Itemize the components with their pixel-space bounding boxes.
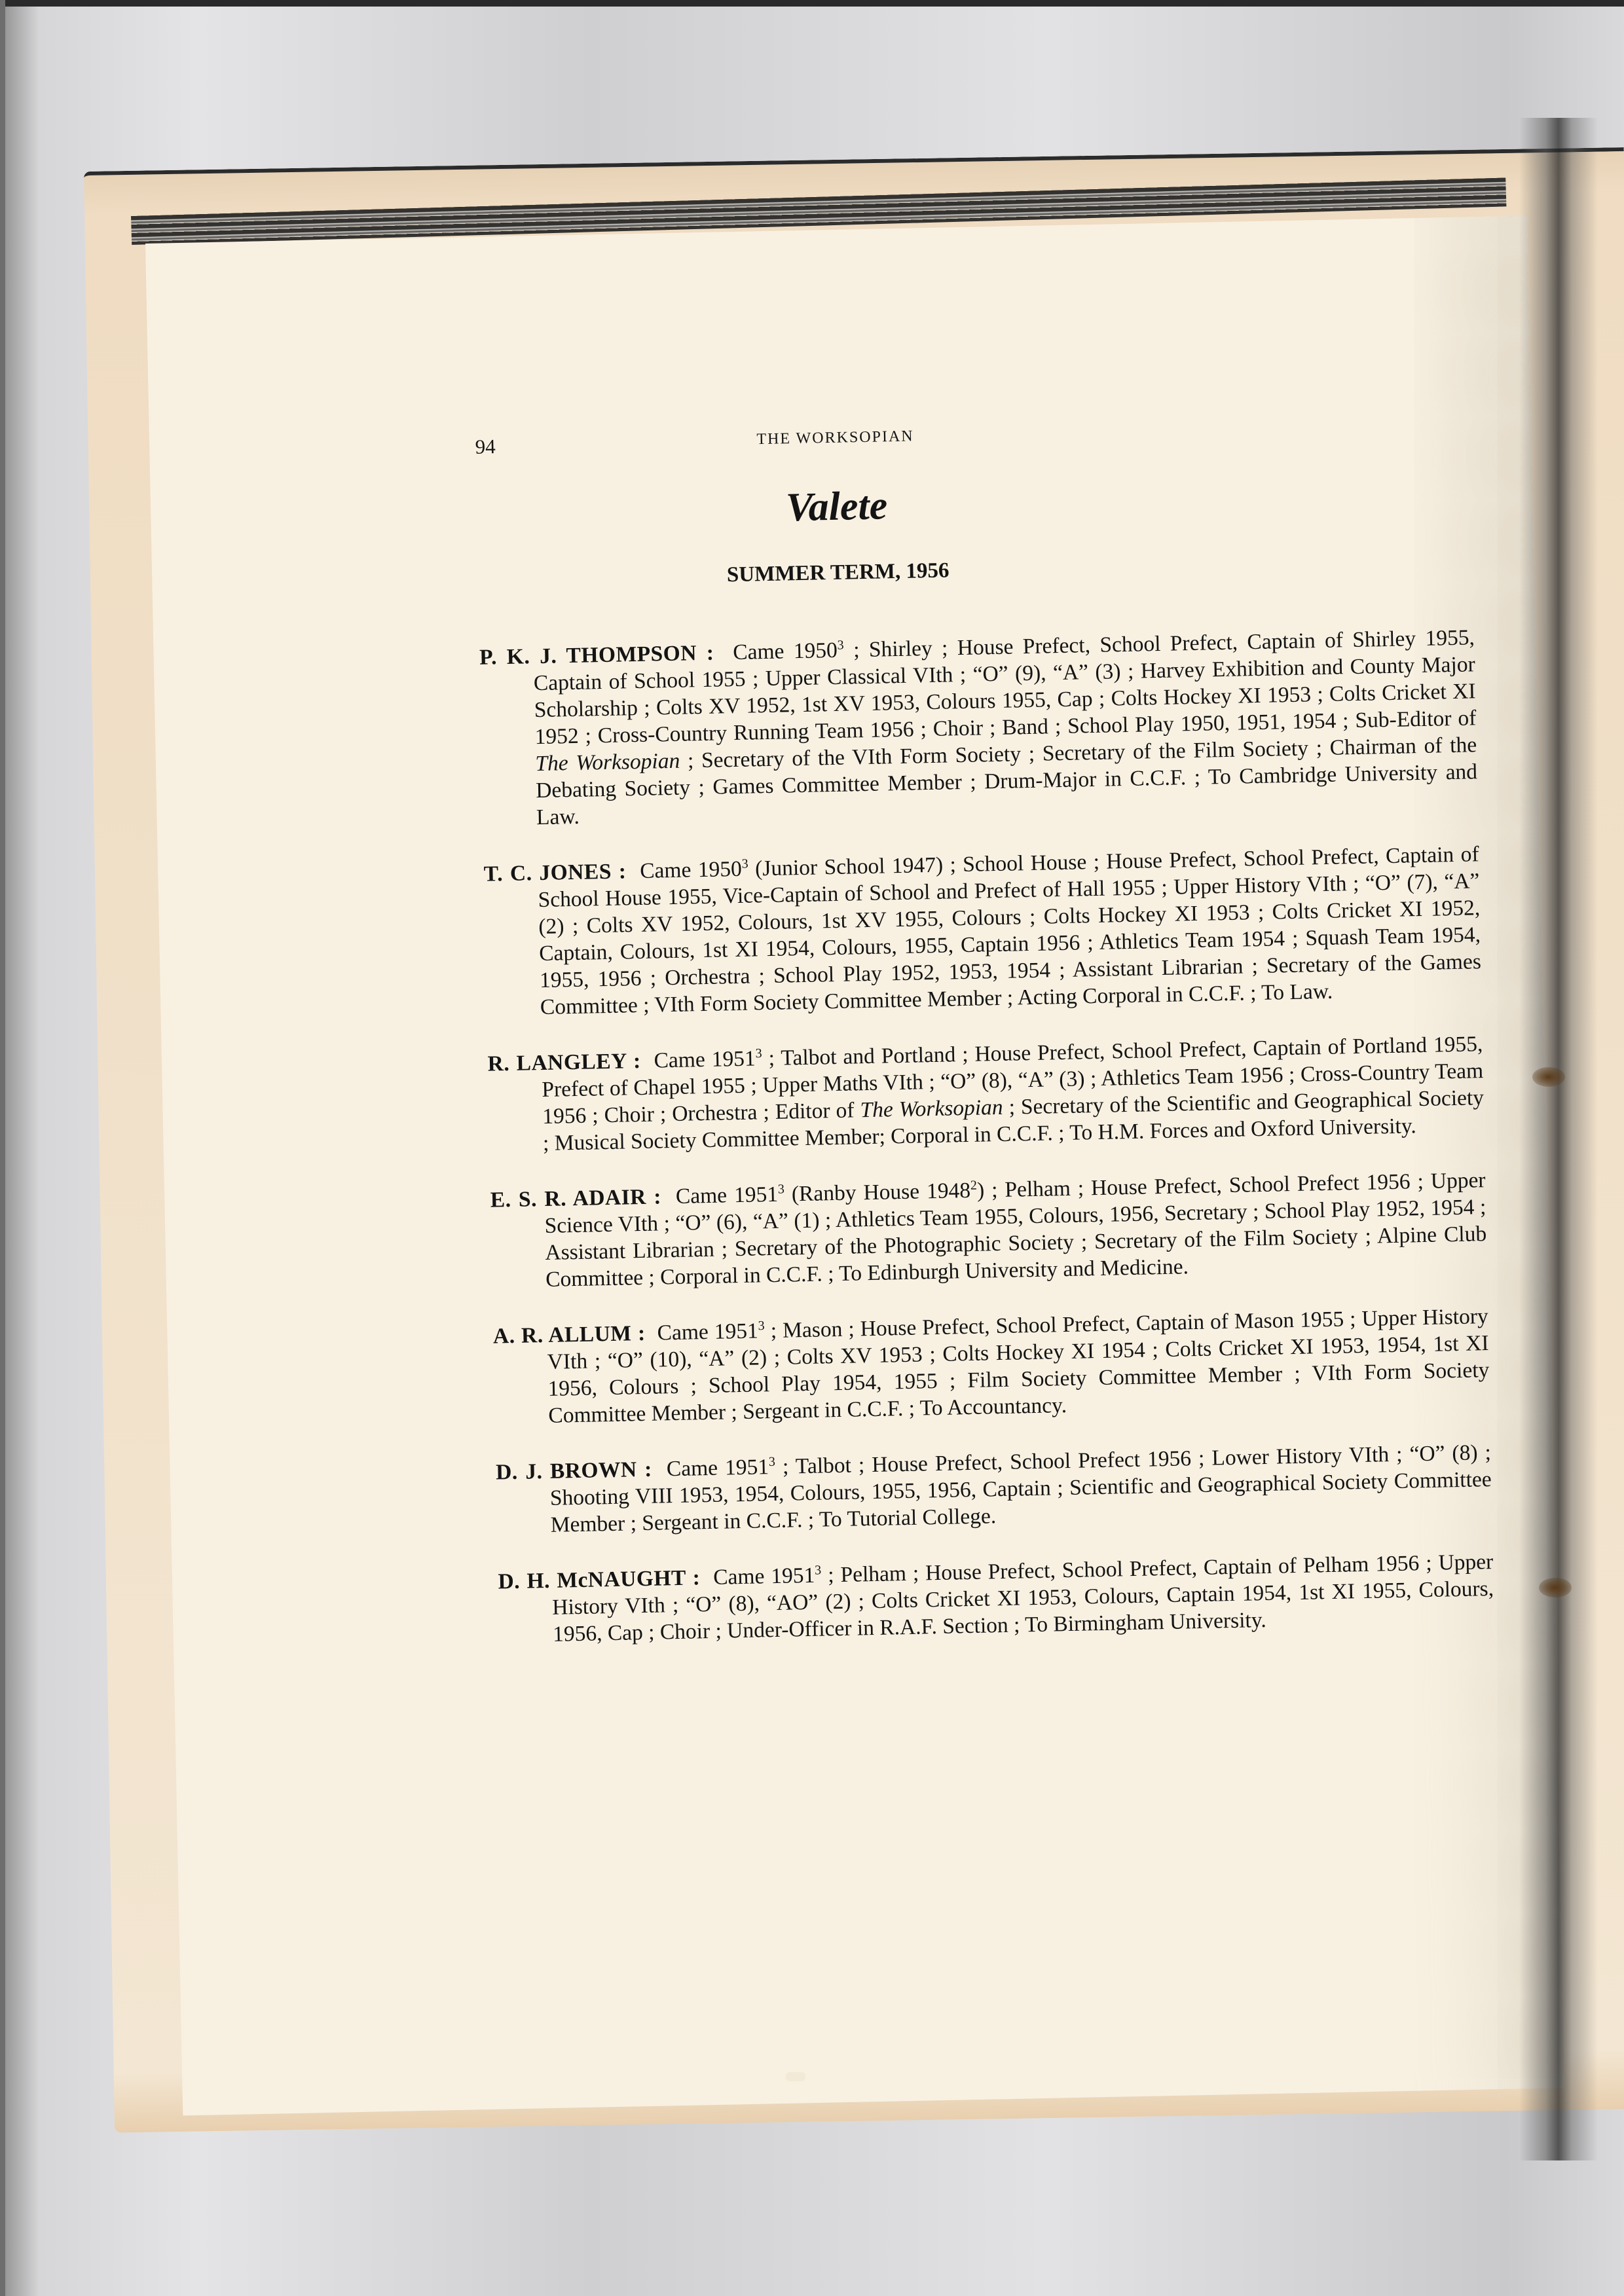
entry-text: ; Pelham ; House Prefect, School Prefect…	[552, 1550, 1494, 1647]
entry-text: Came 1951	[654, 1046, 756, 1072]
valete-entry: A. R. ALLUM : Came 19513 ; Mason ; House…	[493, 1303, 1490, 1430]
term-superscript: 3	[837, 638, 843, 652]
student-name: D. J. BROWN :	[496, 1457, 652, 1484]
valete-entry: D. J. BROWN : Came 19513 ; Talbot ; Hous…	[496, 1439, 1492, 1539]
entry-text: (Ranby House 1948	[784, 1178, 971, 1206]
entry-text: Came 1951	[676, 1182, 779, 1208]
valete-entry: D. H. McNAUGHT : Came 19513 ; Pelham ; H…	[498, 1548, 1494, 1649]
valete-entry: T. C. JONES : Came 19503 (Junior School …	[483, 841, 1482, 1021]
term-superscript: 3	[741, 856, 748, 871]
term-superscript: 3	[815, 1563, 821, 1577]
student-name: E. S. R. ADAIR :	[490, 1184, 661, 1212]
student-name: R. LANGLEY :	[487, 1048, 641, 1076]
term-superscript: 3	[755, 1046, 762, 1061]
gutter-stain	[1539, 1578, 1572, 1597]
valete-entries: P. K. J. THOMPSON : Came 19503 ; Shirley…	[479, 602, 1495, 1677]
magazine-title: The Worksopian	[860, 1095, 1003, 1121]
entry-text: Came 1951	[657, 1319, 758, 1345]
entry-text: Came 1951	[667, 1455, 769, 1481]
entry-text: Came 1950	[733, 638, 838, 664]
scanner-edge-top	[0, 0, 1624, 7]
valete-entry: P. K. J. THOMPSON : Came 19503 ; Shirley…	[479, 624, 1478, 831]
scanner-edge-left	[0, 0, 5, 2296]
valete-entry: R. LANGLEY : Came 19513 ; Talbot and Por…	[487, 1030, 1485, 1157]
student-name: T. C. JONES :	[483, 859, 626, 886]
gutter-stain	[1532, 1067, 1565, 1087]
term-superscript: 3	[769, 1454, 775, 1468]
page-tear	[786, 2072, 805, 2081]
entry-text: ; Secretary of the VIth Form Society ; S…	[536, 733, 1477, 829]
student-name: P. K. J. THOMPSON :	[479, 640, 714, 669]
valete-entry: E. S. R. ADAIR : Came 19513 (Ranby House…	[490, 1167, 1487, 1294]
entry-text: Came 1950	[640, 856, 742, 883]
student-name: D. H. McNAUGHT :	[498, 1565, 701, 1594]
term-superscript: 3	[758, 1319, 764, 1333]
entry-text: ; Talbot ; House Prefect, School Prefect…	[550, 1440, 1492, 1537]
book-gutter-shadow	[1519, 118, 1598, 2160]
magazine-title: The Worksopian	[535, 748, 680, 775]
student-name: A. R. ALLUM :	[493, 1321, 646, 1348]
entry-text: Came 1951	[713, 1563, 815, 1589]
